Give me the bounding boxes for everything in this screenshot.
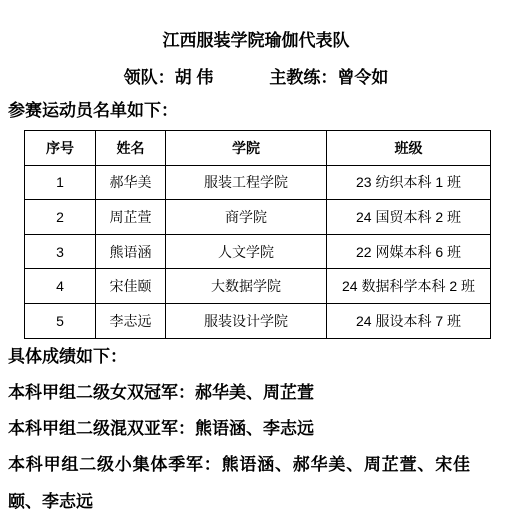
cell-name: 宋佳颐 [96,269,166,304]
cell-name: 郝华美 [96,165,166,200]
cell-college: 大数据学院 [166,269,327,304]
cell-name: 周芷萱 [96,200,166,235]
table-row: 2 周芷萱 商学院 24 国贸本科 2 班 [25,200,491,235]
results-intro-text: 具体成绩如下： [8,339,470,375]
cell-class: 22 网媒本科 6 班 [327,234,491,269]
column-header-class: 班级 [327,131,491,166]
roster-intro-text: 参赛运动员名单如下： [8,100,512,122]
head-coach-label: 主教练：曾令如 [269,67,388,89]
cell-name: 熊语涵 [96,234,166,269]
table-row: 4 宋佳颐 大数据学院 24 数据科学本科 2 班 [25,269,491,304]
column-header-college: 学院 [166,131,327,166]
table-header-row: 序号 姓名 学院 班级 [25,131,491,166]
result-line-women-doubles-champion: 本科甲组二级女双冠军：郝华美、周芷萱 [8,375,470,411]
cell-class: 24 服设本科 7 班 [327,303,491,338]
table-row: 1 郝华美 服装工程学院 23 纺织本科 1 班 [25,165,491,200]
athlete-roster-table: 序号 姓名 学院 班级 1 郝华美 服装工程学院 23 纺织本科 1 班 2 周… [24,130,491,339]
table-row: 3 熊语涵 人文学院 22 网媒本科 6 班 [25,234,491,269]
result-line-small-group-third-place: 本科甲组二级小集体季军：熊语涵、郝华美、周芷萱、宋佳颐、李志远 [8,447,470,520]
cell-college: 商学院 [166,200,327,235]
cell-no: 1 [25,165,96,200]
cell-class: 24 国贸本科 2 班 [327,200,491,235]
cell-college: 人文学院 [166,234,327,269]
cell-no: 2 [25,200,96,235]
cell-no: 4 [25,269,96,304]
page-title: 江西服装学院瑜伽代表队 [0,30,512,52]
cell-name: 李志远 [96,303,166,338]
cell-class: 23 纺织本科 1 班 [327,165,491,200]
cell-class: 24 数据科学本科 2 班 [327,269,491,304]
cell-college: 服装工程学院 [166,165,327,200]
cell-college: 服装设计学院 [166,303,327,338]
result-line-mixed-doubles-runner-up: 本科甲组二级混双亚军：熊语涵、李志远 [8,411,470,447]
column-header-no: 序号 [25,131,96,166]
cell-no: 5 [25,303,96,338]
team-leader-label: 领队：胡 伟 [124,67,214,89]
table-row: 5 李志远 服装设计学院 24 服设本科 7 班 [25,303,491,338]
leaders-line: 领队：胡 伟 主教练：曾令如 [0,67,512,89]
cell-no: 3 [25,234,96,269]
column-header-name: 姓名 [96,131,166,166]
results-section: 具体成绩如下： 本科甲组二级女双冠军：郝华美、周芷萱 本科甲组二级混双亚军：熊语… [8,339,470,520]
